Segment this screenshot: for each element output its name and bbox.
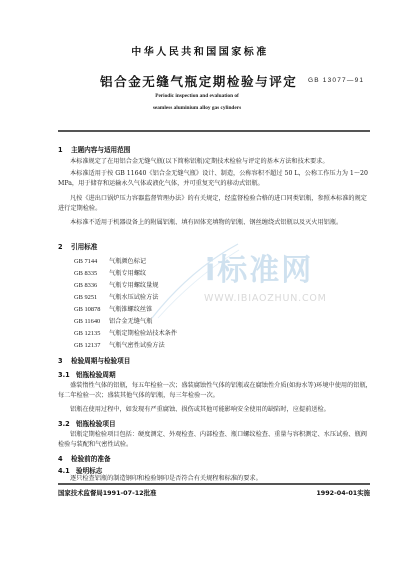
section-title: 主题内容与适用范围 xyxy=(71,146,130,154)
reference-item: GB 8336气瓶专用螺纹量规 xyxy=(74,280,159,289)
section-title: 检验前的准备 xyxy=(71,455,111,463)
reference-item: GB 12137气瓶气密性试验方法 xyxy=(74,340,165,349)
reference-item: GB 12135气瓶定期检验站技术条件 xyxy=(74,328,177,337)
section-number: 2 xyxy=(58,243,71,251)
subsection-title: 铝瓶检验项目 xyxy=(76,420,116,428)
reference-item: GB 11640铝合金无缝气瓶 xyxy=(74,316,152,325)
subsection-number: 3.1 xyxy=(58,371,76,379)
header-divider xyxy=(58,130,370,132)
section-1-paragraph-4: 本标准不适用于机器设备上的附属铝瓶、填有固体充填物的铝瓶、钢丝缠绕式铝瓶以及灭火… xyxy=(58,218,372,228)
english-title-line-2: seamless aluminium alloy gas cylinders xyxy=(0,105,397,111)
subsection-number: 3.2 xyxy=(58,420,76,428)
section-title: 检验周期与检验项目 xyxy=(71,357,130,365)
reference-item: GB 10878气瓶锥螺纹丝锥 xyxy=(74,304,152,313)
section-title: 引用标准 xyxy=(71,243,97,251)
standard-code: GB 13077—91 xyxy=(308,77,364,84)
reference-code: GB 9251 xyxy=(74,294,109,301)
watermark-logo: i标准网 xyxy=(205,245,313,289)
reference-code: GB 8336 xyxy=(74,282,109,289)
reference-code: GB 12135 xyxy=(74,330,109,337)
approval-date: 国家技术监督局1991-07-12批准 xyxy=(58,488,156,497)
subsection-3-2-heading: 3.2铝瓶检验项目 xyxy=(58,418,116,428)
watermark-url: WWW.IBIAOZHUN.COM xyxy=(204,293,327,304)
section-number: 4 xyxy=(58,455,71,463)
section-number: 1 xyxy=(58,146,71,154)
reference-name: 铝合金无缝气瓶 xyxy=(109,318,152,325)
reference-code: GB 12137 xyxy=(74,342,109,349)
section-1-paragraph-2: 本标准适用于按 GB 11640《铝合金无缝气瓶》设计、制造，公称容积不超过 5… xyxy=(58,169,372,189)
reference-name: 气瓶定期检验站技术条件 xyxy=(109,330,177,337)
footer-divider xyxy=(58,483,370,485)
english-title-line-1: Periodic inspection and evaluation of xyxy=(0,93,397,99)
reference-name: 气瓶专用螺纹 xyxy=(109,270,146,277)
section-1-paragraph-1: 本标准规定了在用铝合金无缝气瓶(以下简称铝瓶)定期技术检验与评定的基本方法和技术… xyxy=(58,157,372,167)
reference-item: GB 7144气瓶颜色标记 xyxy=(74,256,146,265)
reference-code: GB 7144 xyxy=(74,258,109,265)
subsection-title: 铝瓶检验周期 xyxy=(76,371,116,379)
section-1-heading: 1主题内容与适用范围 xyxy=(58,144,130,154)
national-standard-heading: 中华人民共和国国家标准 xyxy=(0,43,400,58)
section-4-heading: 4检验前的准备 xyxy=(58,453,111,463)
reference-name: 气瓶气密性试验方法 xyxy=(109,342,165,349)
reference-code: GB 10878 xyxy=(74,306,109,313)
reference-item: GB 9251气瓶水压试验方法 xyxy=(74,292,159,301)
subsection-3-2-paragraph-1: 铝瓶定期检验项目包括：硬度测定、外观检查、内部检查、瓶口螺纹检查、重量与容积测定… xyxy=(58,430,372,450)
section-number: 3 xyxy=(58,357,71,365)
reference-name: 气瓶水压试验方法 xyxy=(109,294,159,301)
reference-name: 气瓶专用螺纹量规 xyxy=(109,282,159,289)
reference-item: GB 8335气瓶专用螺纹 xyxy=(74,268,146,277)
section-3-heading: 3检验周期与检验项目 xyxy=(58,355,130,365)
subsection-3-1-paragraph-1: 盛装惰性气体的铝瓶，每五年检验一次；盛装腐蚀性气体的铝瓶或在腐蚀性介质(如海水等… xyxy=(58,381,372,401)
reference-name: 气瓶颜色标记 xyxy=(109,258,146,265)
reference-name: 气瓶锥螺纹丝锥 xyxy=(109,306,152,313)
reference-code: GB 8335 xyxy=(74,270,109,277)
effective-date: 1992-04-01实施 xyxy=(316,488,370,497)
subsection-3-1-heading: 3.1铝瓶检验周期 xyxy=(58,369,116,379)
section-1-paragraph-3: 凡按《进出口锅炉压力容器监督管理办法》的有关规定，经监督检验合格的进口同类铝瓶，… xyxy=(58,194,372,214)
section-2-heading: 2引用标准 xyxy=(58,241,97,251)
document-title: 铝合金无缝气瓶定期检验与评定 xyxy=(100,72,297,90)
subsection-3-1-paragraph-2: 铝瓶在使用过程中，如发现有严重腐蚀、损伤或其他可能影响安全使用的缺陷时，应提前送… xyxy=(58,405,372,415)
reference-code: GB 11640 xyxy=(74,318,109,325)
